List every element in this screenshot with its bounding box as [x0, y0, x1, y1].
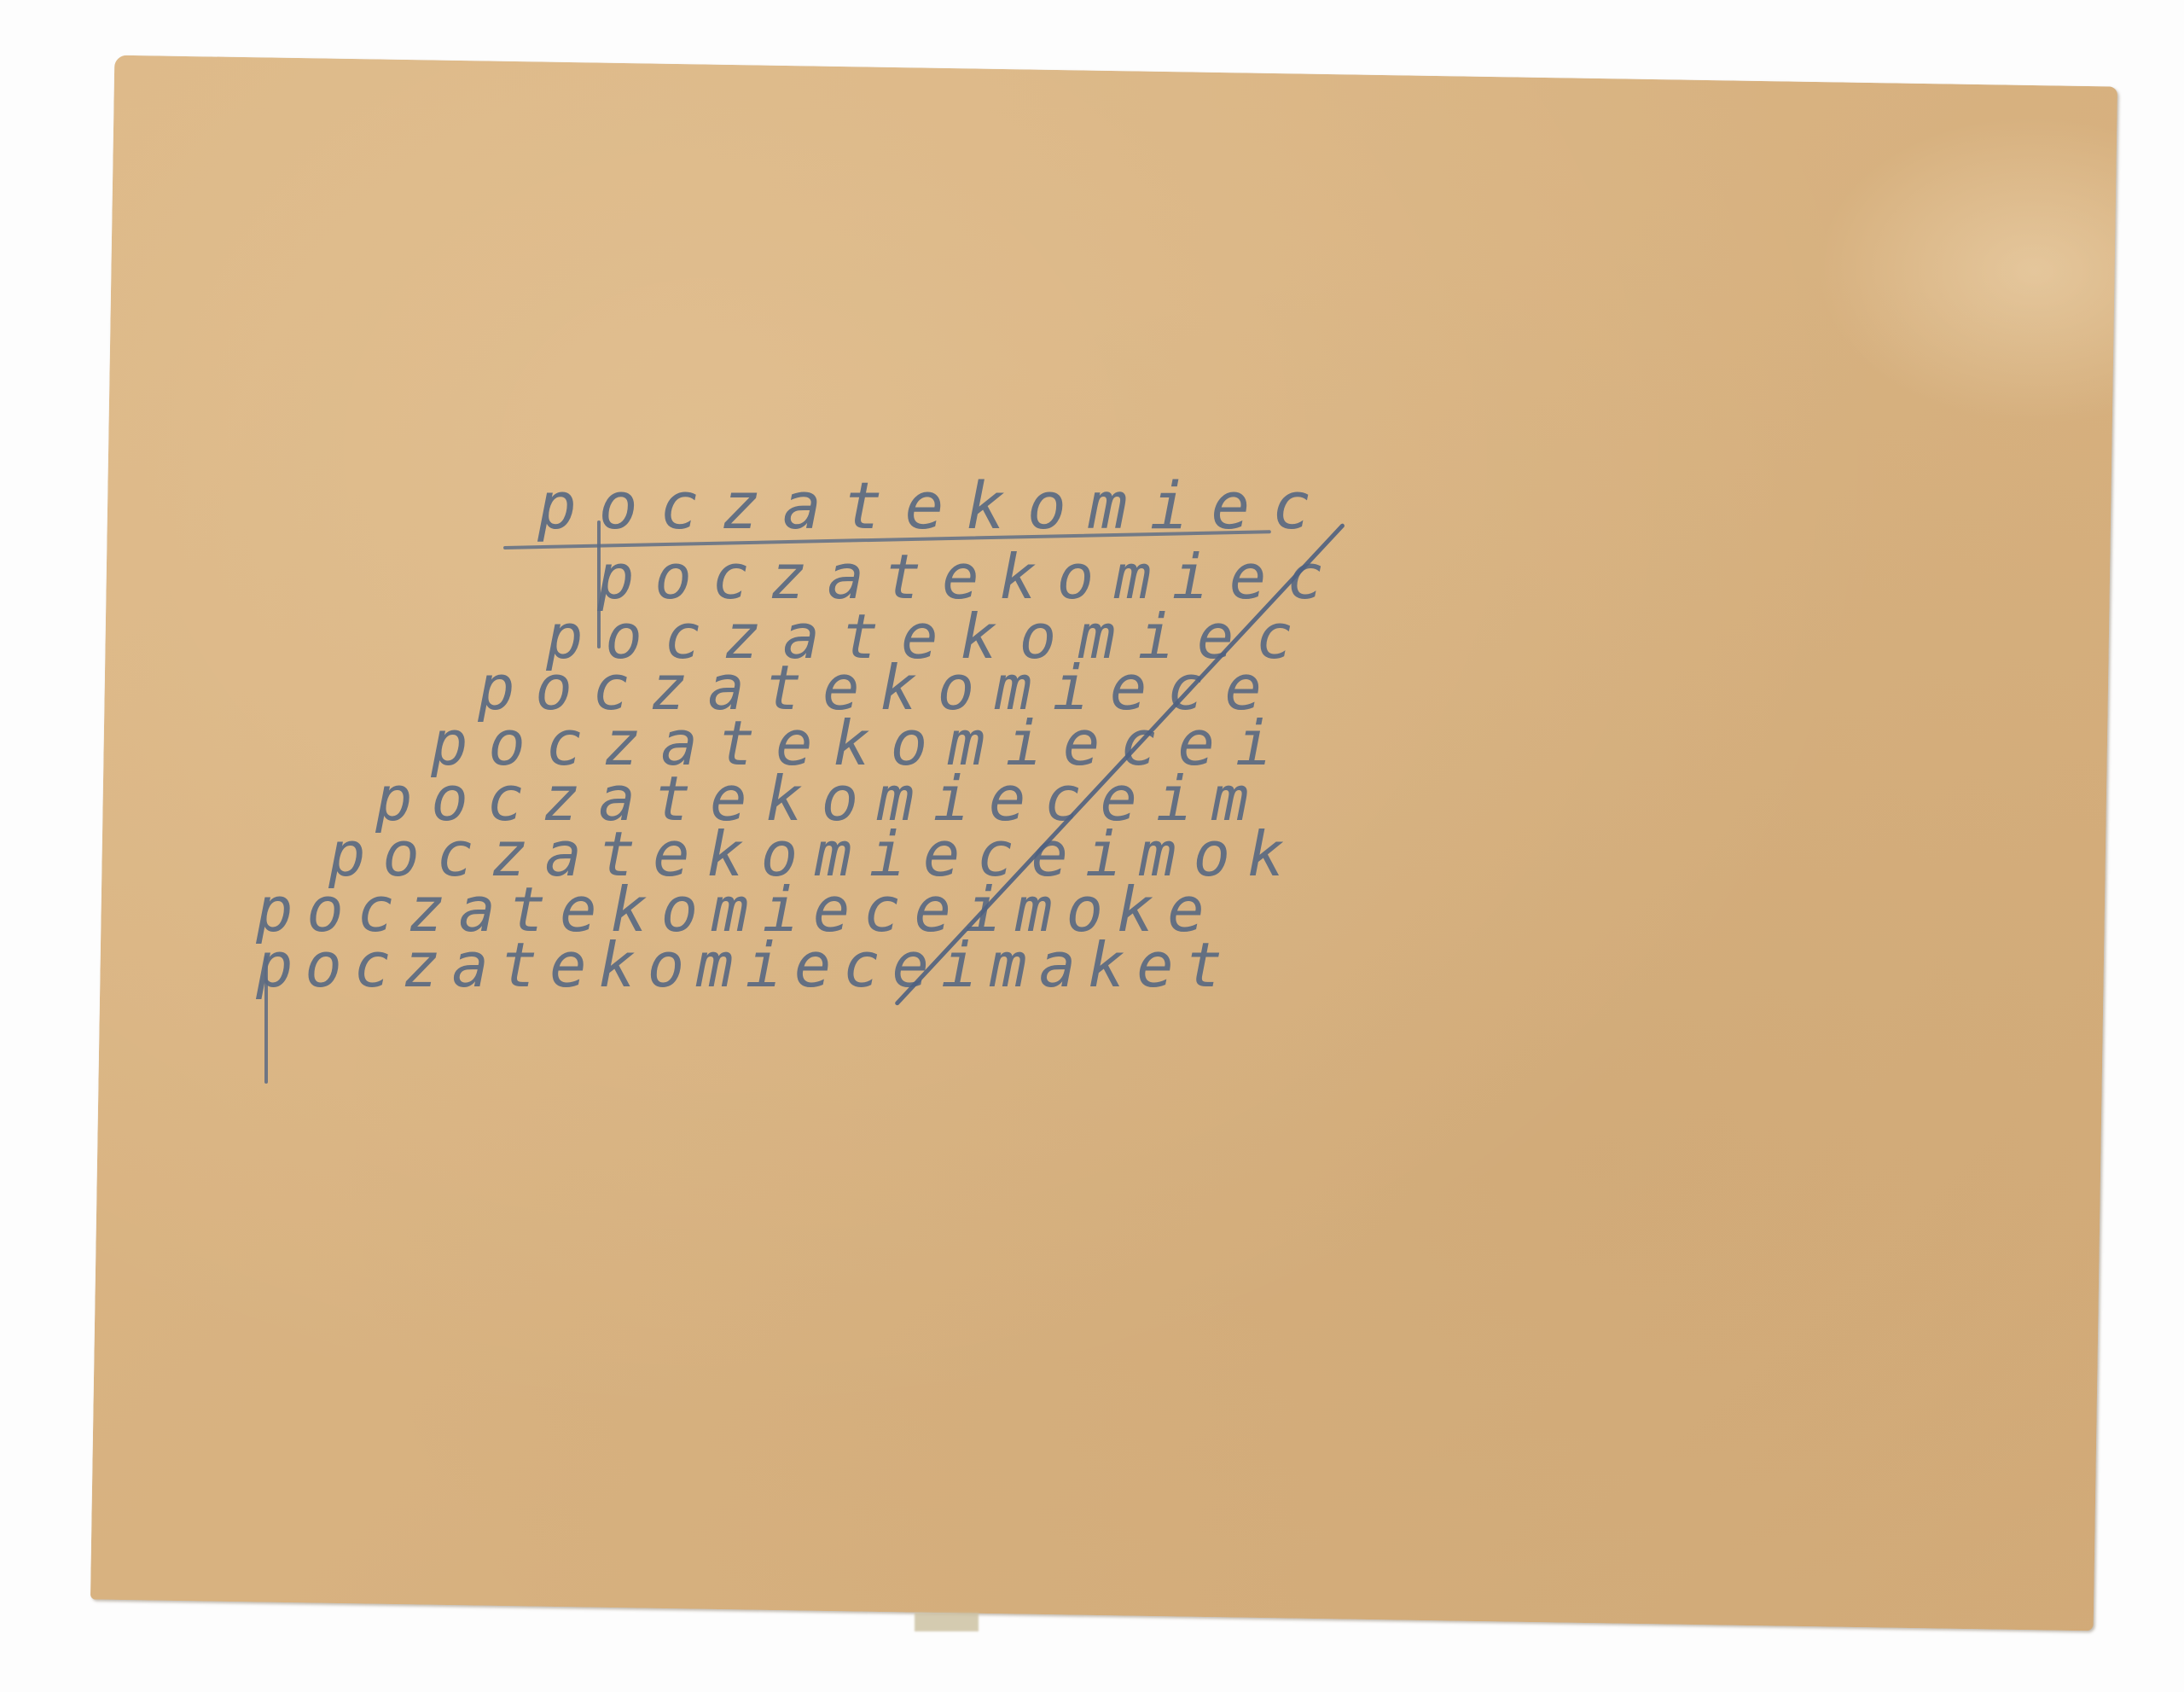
long-descender-stroke: [264, 956, 268, 1084]
heading-line: poczatekomiec: [537, 474, 1333, 538]
descender-stroke: [597, 520, 601, 648]
handwriting-area: poczatekomiec poczatekomiec poczatekomie…: [0, 0, 2184, 1692]
handwritten-line-1: poczatekomiec: [597, 546, 1345, 608]
handwritten-line-8: poczatekomieceimaket: [256, 934, 1234, 996]
